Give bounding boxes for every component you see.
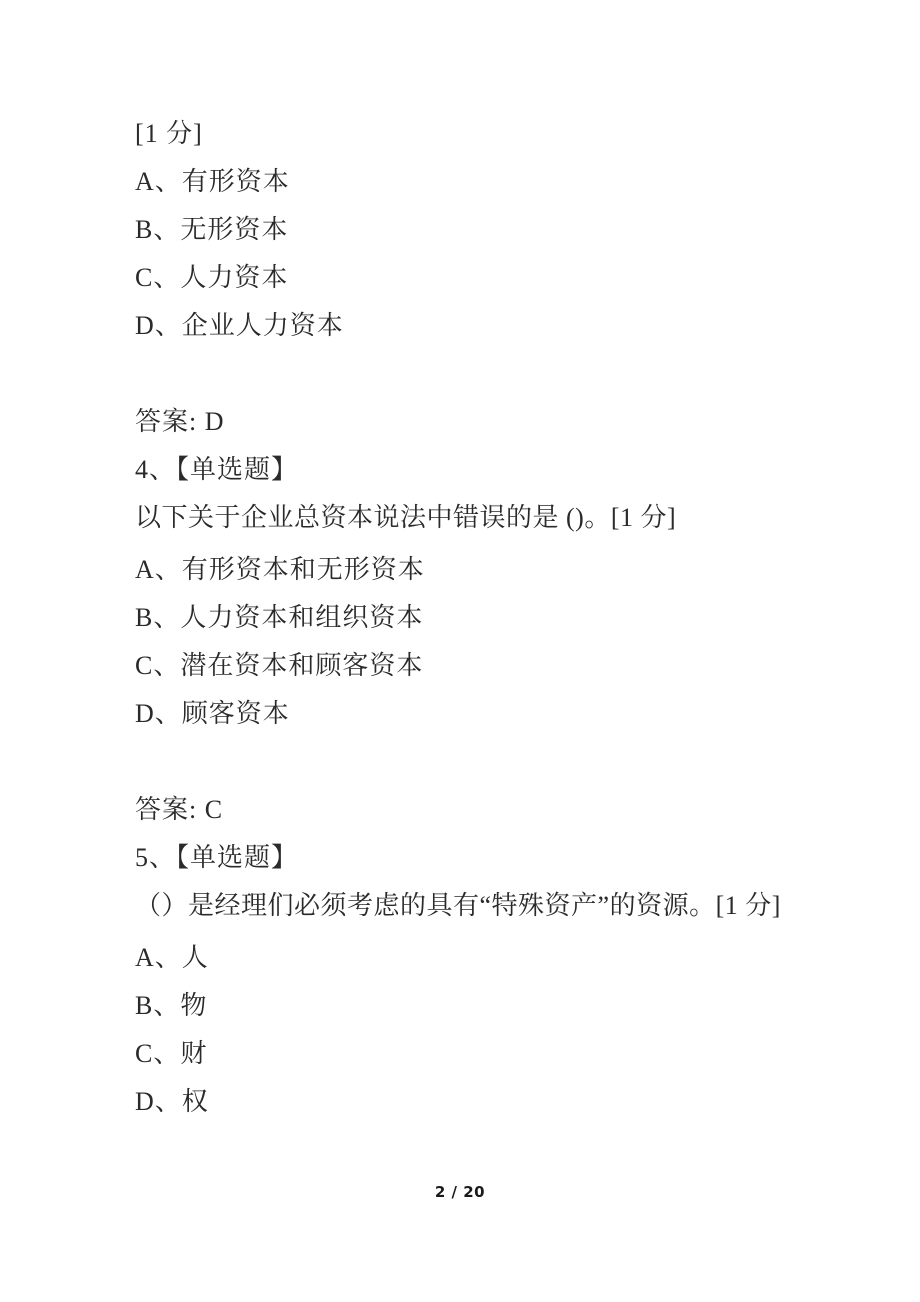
document-page: [1 分] A、有形资本 B、无形资本 C、人力资本 D、企业人力资本 答案: … xyxy=(0,0,920,1302)
question4-option-d: D、顾客资本 xyxy=(135,700,880,728)
question5-option-c: C、财 xyxy=(135,1040,880,1068)
question5-option-b: B、物 xyxy=(135,992,880,1020)
question5-option-d: D、权 xyxy=(135,1088,880,1116)
question3-option-d: D、企业人力资本 xyxy=(135,312,880,340)
question4-option-c: C、潜在资本和顾客资本 xyxy=(135,652,880,680)
question5-header: 5、【单选题】 xyxy=(135,844,880,872)
question5-text: （）是经理们必须考虑的具有“特殊资产”的资源。[1 分] xyxy=(135,892,880,920)
question3-score: [1 分] xyxy=(135,120,880,148)
question3-option-b: B、无形资本 xyxy=(135,216,880,244)
question3-answer: 答案: D xyxy=(135,408,880,436)
question5-option-a: A、人 xyxy=(135,944,880,972)
question4-option-b: B、人力资本和组织资本 xyxy=(135,604,880,632)
page-number-indicator: 2 / 20 xyxy=(0,1183,920,1201)
question4-answer: 答案: C xyxy=(135,796,880,824)
question4-option-a: A、有形资本和无形资本 xyxy=(135,556,880,584)
question4-text: 以下关于企业总资本说法中错误的是 ()。[1 分] xyxy=(135,504,880,532)
page-content: [1 分] A、有形资本 B、无形资本 C、人力资本 D、企业人力资本 答案: … xyxy=(0,0,920,1116)
question4-header: 4、【单选题】 xyxy=(135,456,880,484)
question3-option-c: C、人力资本 xyxy=(135,264,880,292)
question3-option-a: A、有形资本 xyxy=(135,168,880,196)
